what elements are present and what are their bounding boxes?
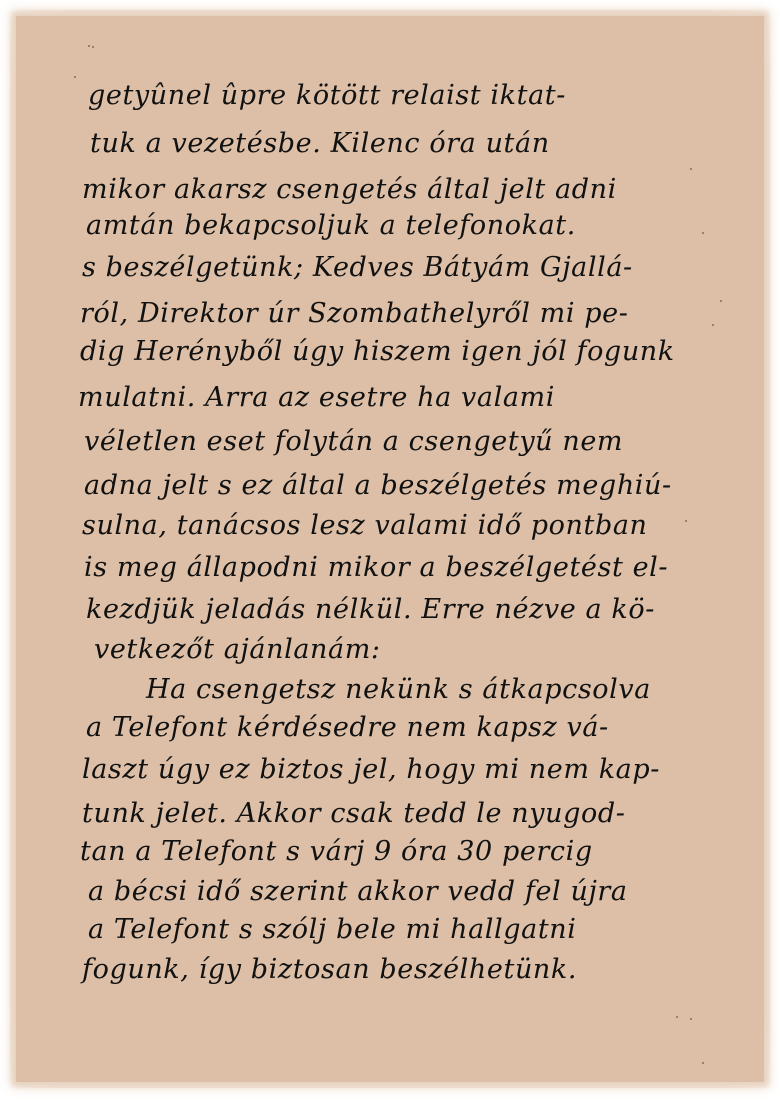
text-line: is meg állapodni mikor a beszélgetést el… (84, 554, 668, 581)
text-line: a bécsi idő szerint akkor vedd fel újra (88, 878, 628, 905)
text-line: amtán bekapcsoljuk a telefonokat. (86, 212, 576, 239)
text-line: kezdjük jeladás nélkül. Erre nézve a kö- (86, 596, 655, 623)
page-background: getyûnel ûpre kötött relaist iktat- tuk … (0, 0, 780, 1100)
text-line: tuk a vezetésbe. Kilenc óra után (90, 130, 550, 157)
text-line: sulna, tanácsos lesz valami idő pontban (82, 512, 648, 539)
text-line: fogunk, így biztosan beszélhetünk. (82, 956, 577, 983)
text-line: a Telefont s szólj bele mi hallgatni (88, 916, 577, 943)
text-line: vetkezőt ajánlanám: (94, 636, 381, 663)
text-line: s beszélgetünk; Kedves Bátyám Gjallá- (82, 254, 633, 281)
text-line: ról, Direktor úr Szombathelyről mi pe- (80, 300, 628, 327)
text-line: Ha csengetsz nekünk s átkapcsolva (146, 676, 651, 703)
text-line: mulatni. Arra az esetre ha valami (78, 384, 555, 411)
text-line: mikor akarsz csengetés által jelt adni (82, 176, 617, 203)
text-line: tunk jelet. Akkor csak tedd le nyugod- (82, 800, 626, 827)
text-line: laszt úgy ez biztos jel, hogy mi nem kap… (82, 756, 660, 783)
text-line: adna jelt s ez által a beszélgetés meghi… (84, 472, 672, 499)
text-line: getyûnel ûpre kötött relaist iktat- (88, 82, 566, 109)
text-line: véletlen eset folytán a csengetyű nem (84, 428, 623, 455)
text-line: tan a Telefont s várj 9 óra 30 percig (80, 838, 593, 865)
handwritten-text: getyûnel ûpre kötött relaist iktat- tuk … (0, 0, 780, 1100)
text-line: dig Herényből úgy hiszem igen jól fogunk (80, 338, 675, 365)
text-line: a Telefont kérdésedre nem kapsz vá- (86, 714, 609, 741)
